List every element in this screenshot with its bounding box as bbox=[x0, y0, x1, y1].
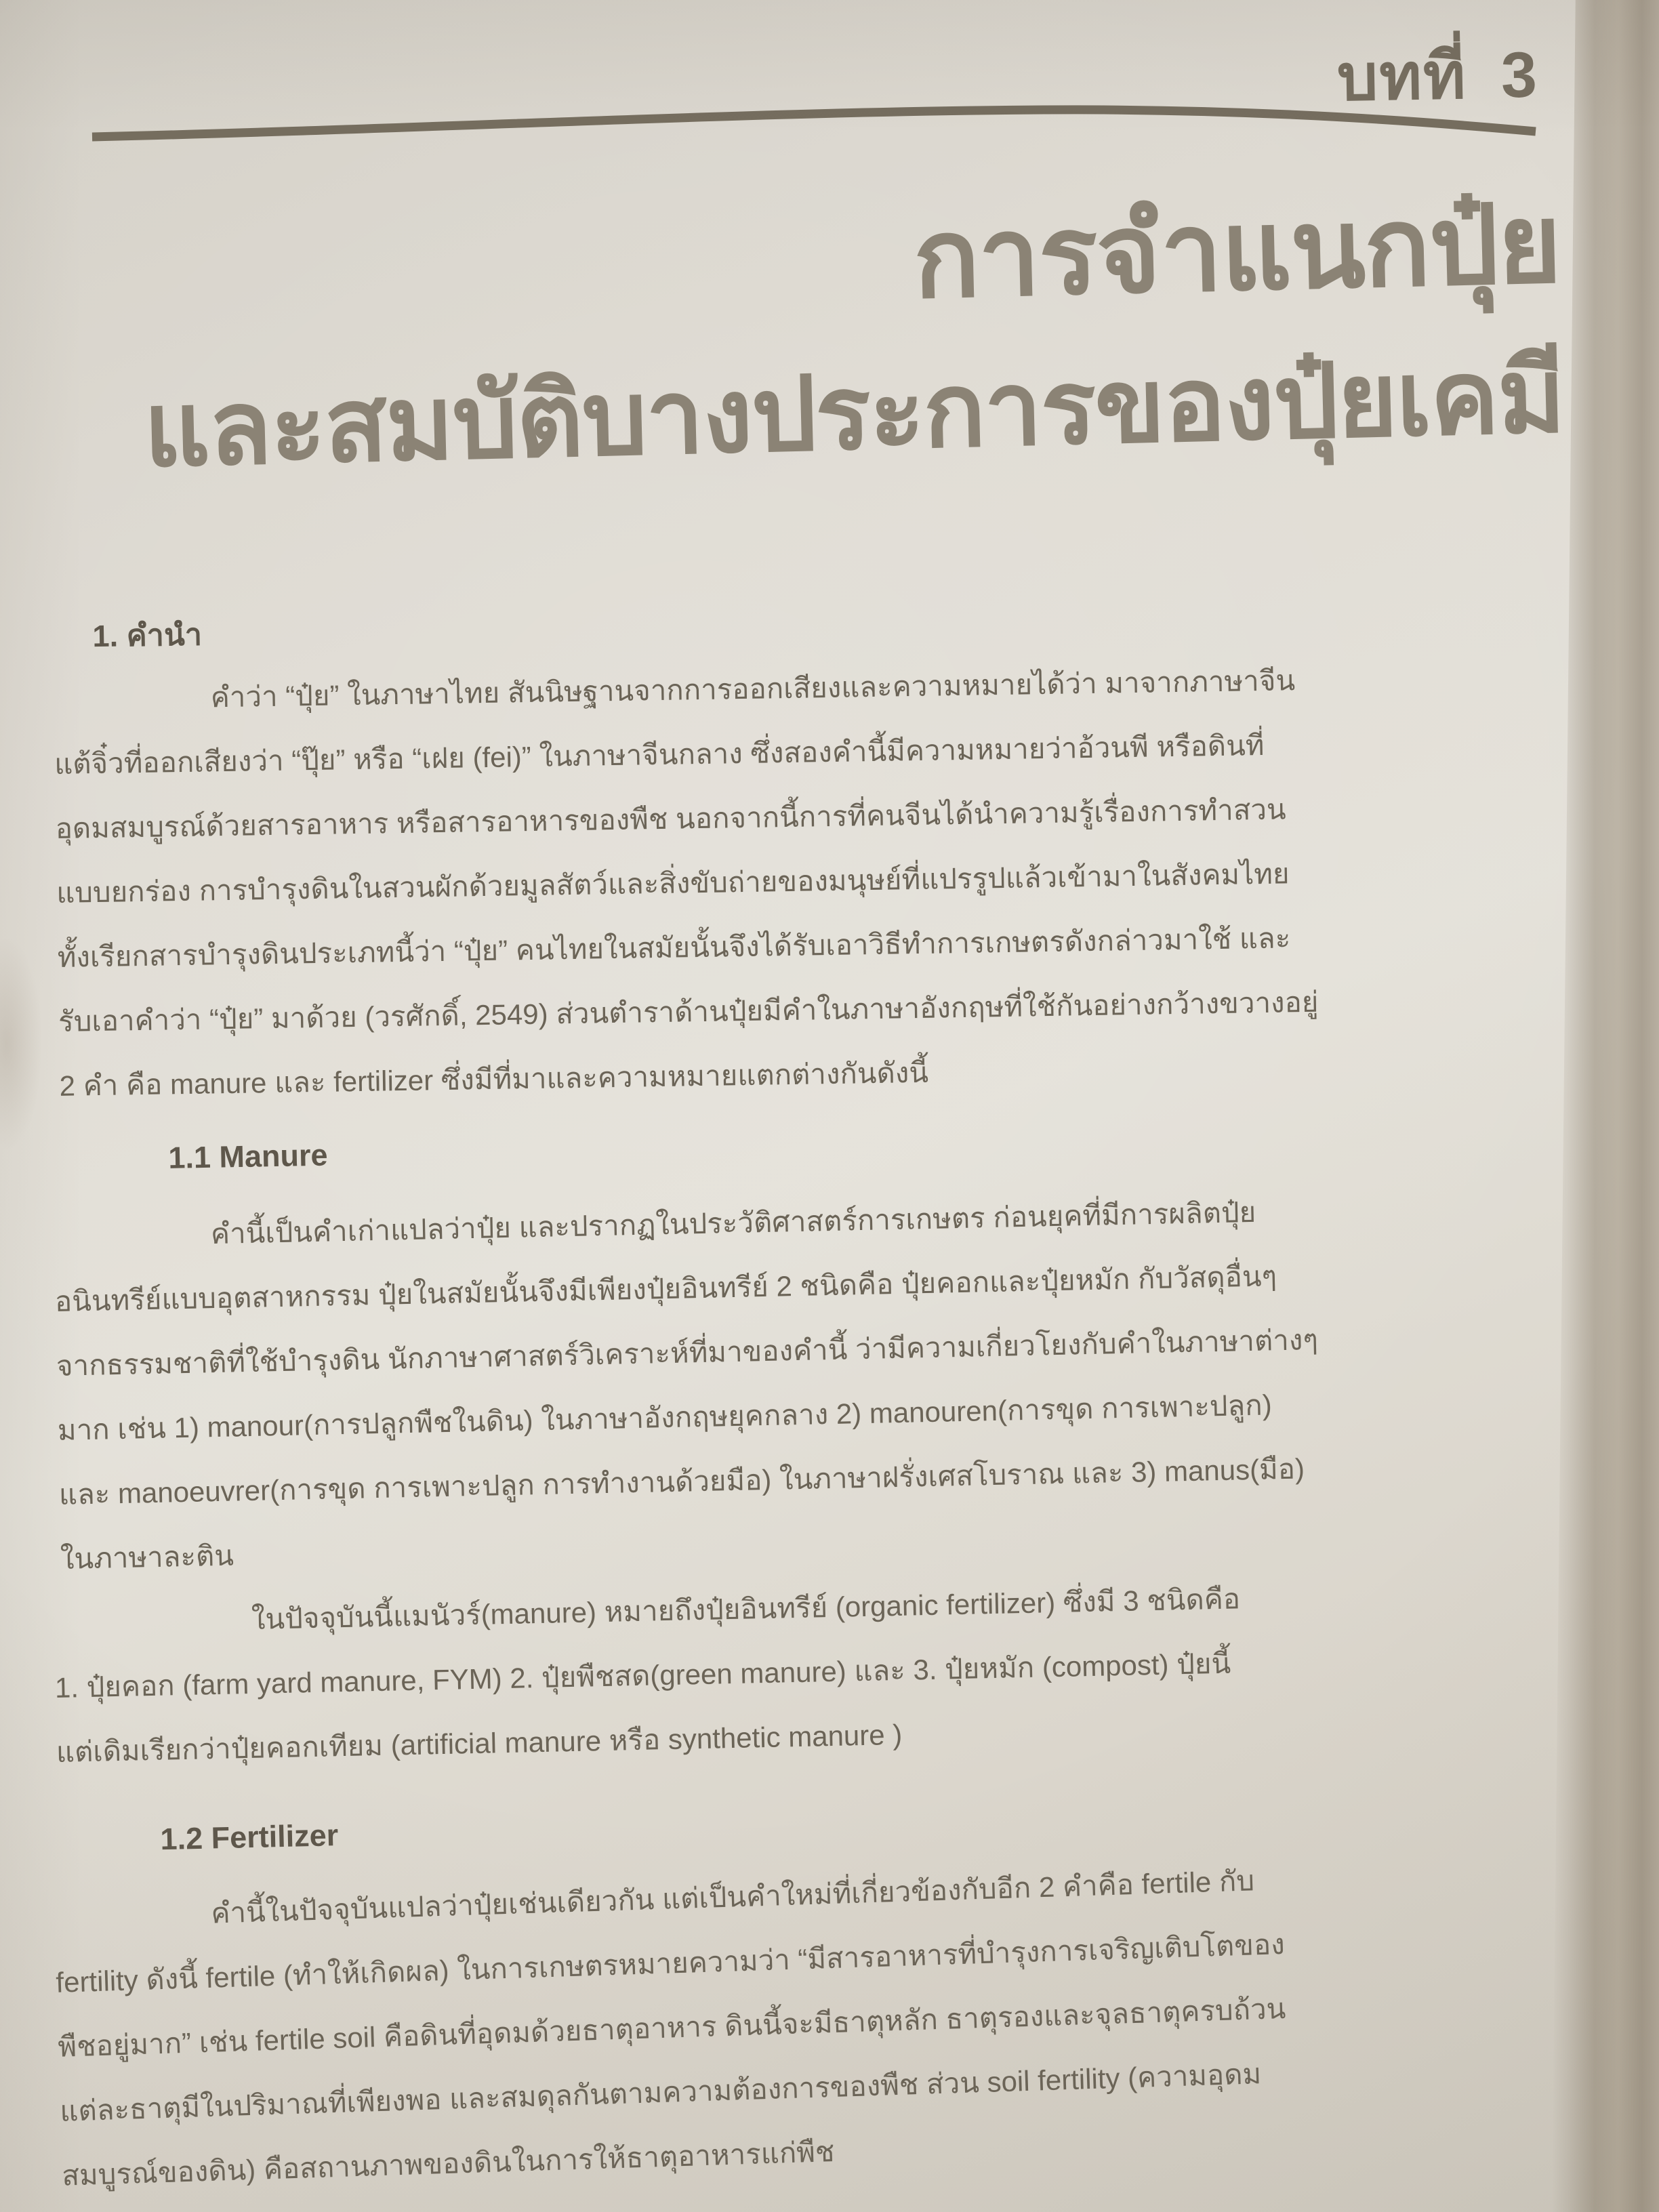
left-edge-smudge bbox=[0, 901, 54, 1186]
chapter-title: การจำแนกปุ๋ย และสมบัติบางประการของปุ๋ยเค… bbox=[138, 164, 1566, 504]
book-page-edge-shadow bbox=[1552, 0, 1659, 2212]
book-page-photo: บทที่ 3 การจำแนกปุ๋ย และสมบัติบางประการข… bbox=[0, 0, 1659, 2212]
chapter-divider-rule bbox=[87, 100, 1544, 155]
section-heading-1-1: 1.1 Manure bbox=[168, 1115, 1561, 1176]
